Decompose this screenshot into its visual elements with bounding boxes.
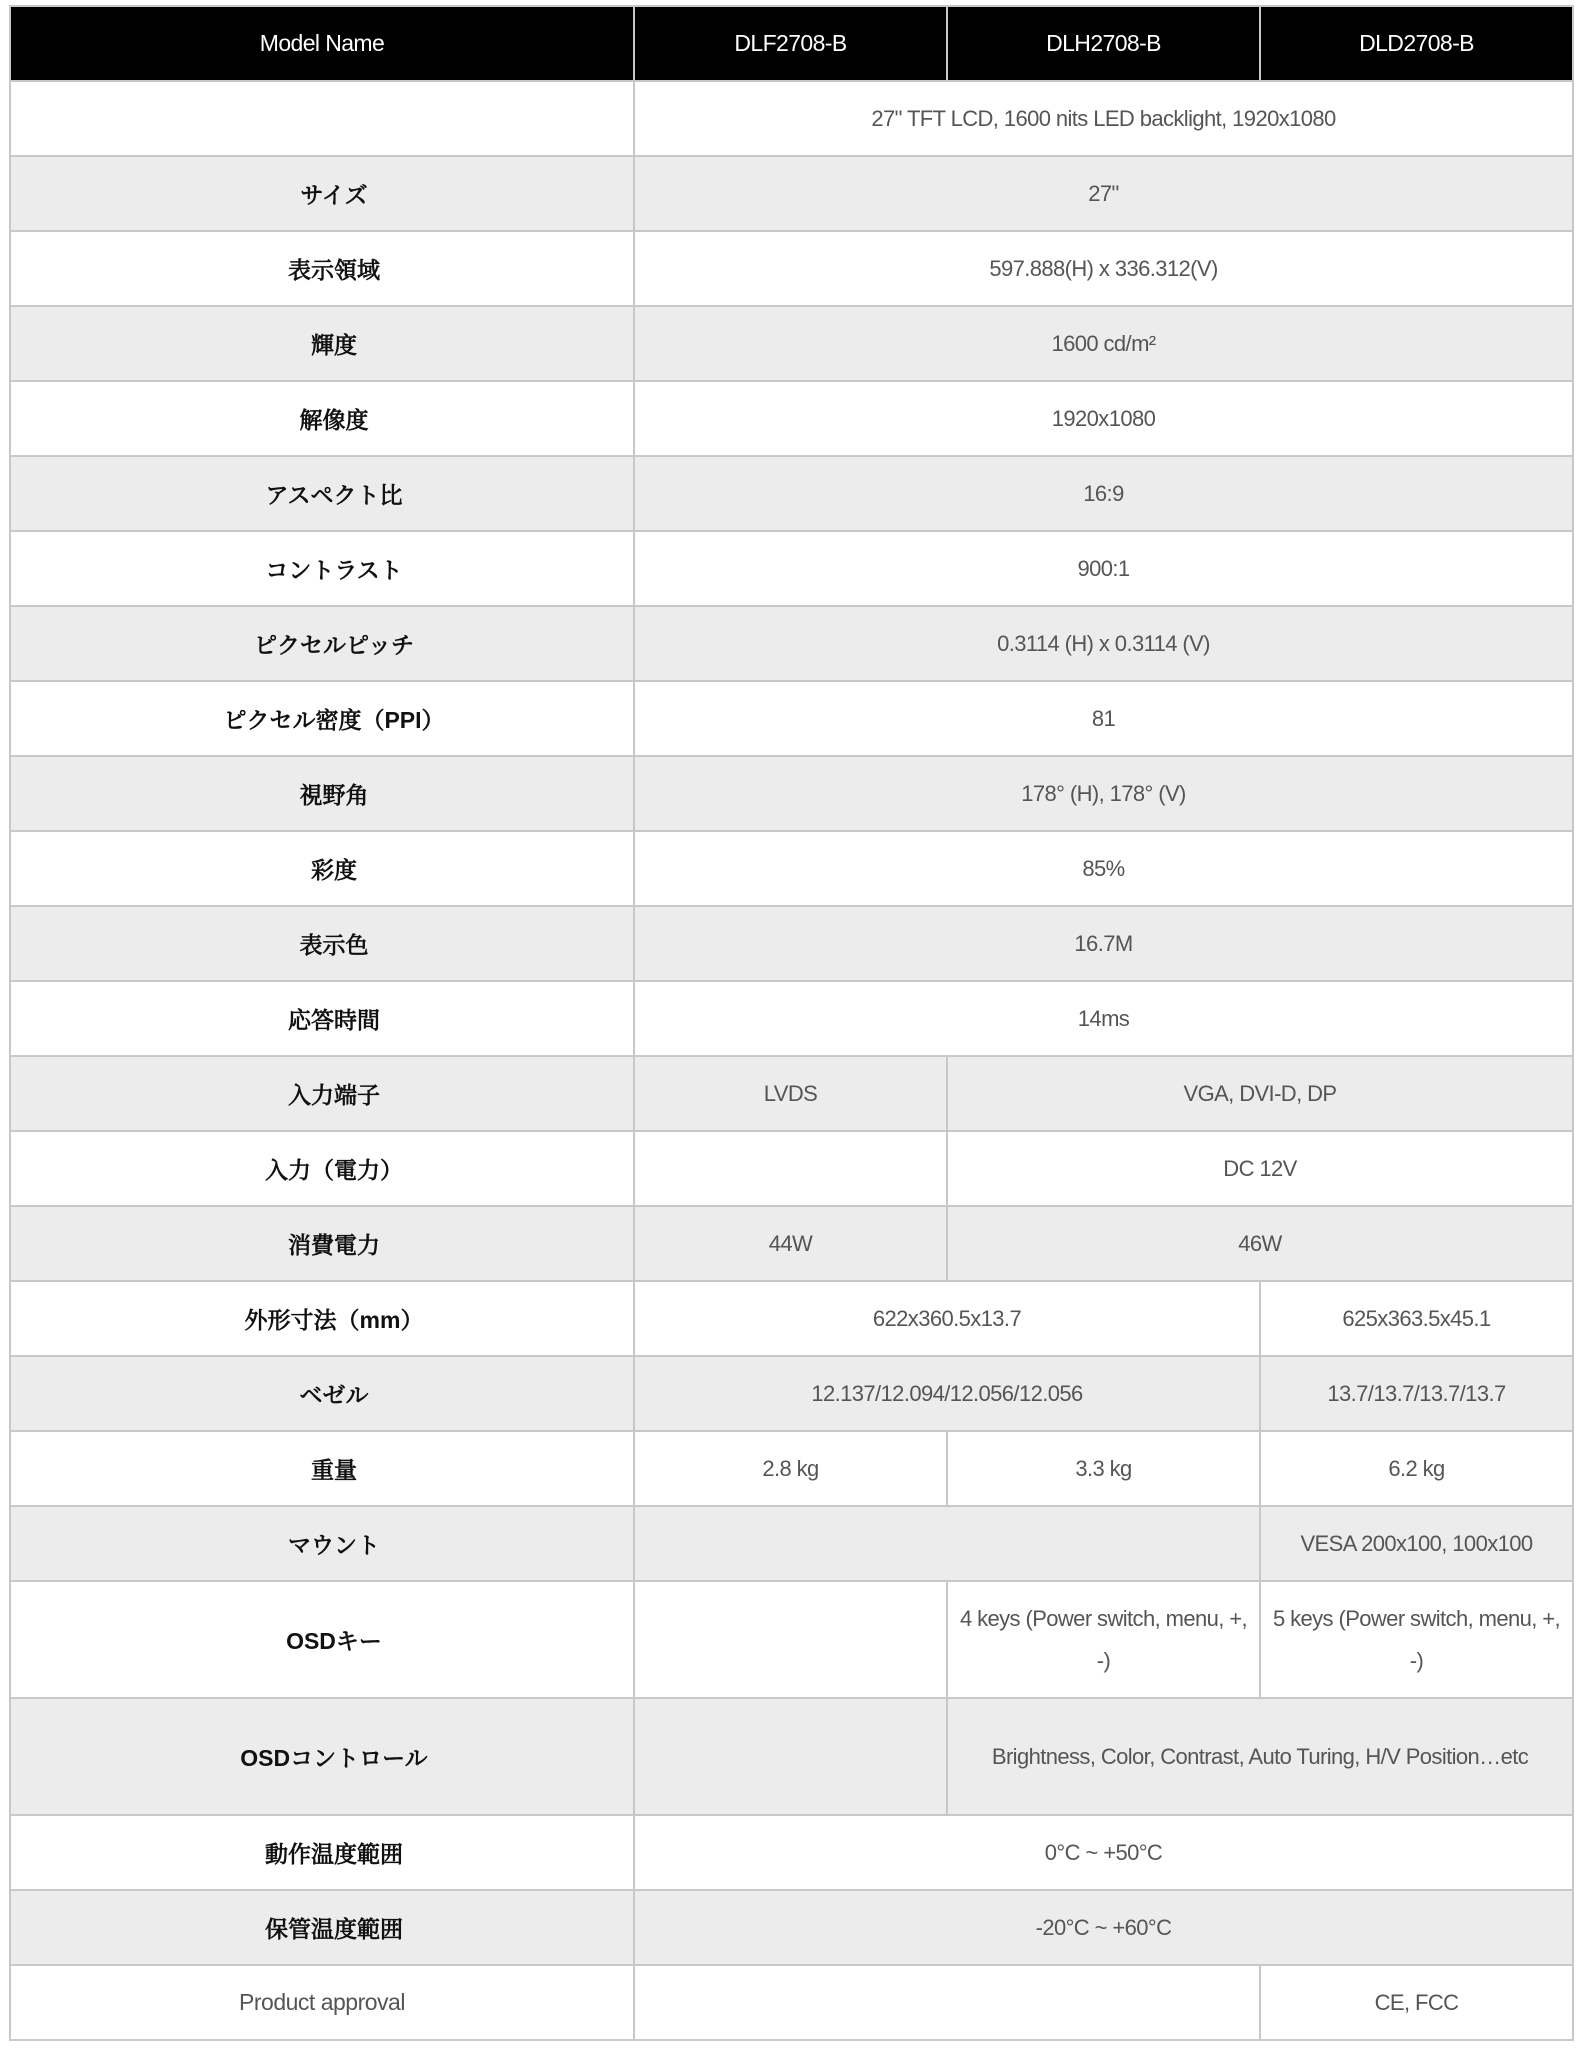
input-ports-dlf: LVDS (634, 1056, 947, 1131)
row-viewing-angle: 視野角 178° (H), 178° (V) (10, 756, 1573, 831)
row-power-input: 入力（電力） DC 12V (10, 1131, 1573, 1206)
osd-keys-dld: 5 keys (Power switch, menu, +, -) (1260, 1581, 1573, 1698)
row-response-time: 応答時間 14ms (10, 981, 1573, 1056)
dimensions-dld: 625x363.5x45.1 (1260, 1281, 1573, 1356)
row-label: サイズ (10, 156, 634, 231)
bezel-dld: 13.7/13.7/13.7/13.7 (1260, 1356, 1573, 1431)
display-colors-value: 16.7M (634, 906, 1573, 981)
description-value: 27" TFT LCD, 1600 nits LED backlight, 19… (634, 81, 1573, 156)
row-label: OSDキー (10, 1581, 634, 1698)
row-label: 応答時間 (10, 981, 634, 1056)
dimensions-dlf-dlh: 622x360.5x13.7 (634, 1281, 1260, 1356)
row-label: アスペクト比 (10, 456, 634, 531)
row-aspect-ratio: アスペクト比 16:9 (10, 456, 1573, 531)
row-weight: 重量 2.8 kg 3.3 kg 6.2 kg (10, 1431, 1573, 1506)
row-description: 27" TFT LCD, 1600 nits LED backlight, 19… (10, 81, 1573, 156)
row-color-gamut: 彩度 85% (10, 831, 1573, 906)
row-label: ピクセルピッチ (10, 606, 634, 681)
pixel-pitch-value: 0.3114 (H) x 0.3114 (V) (634, 606, 1573, 681)
row-brightness: 輝度 1600 cd/m² (10, 306, 1573, 381)
header-model-dlh2708b: DLH2708-B (947, 6, 1260, 81)
row-label: ピクセル密度（PPI） (10, 681, 634, 756)
row-label: 彩度 (10, 831, 634, 906)
header-model-dlf2708b: DLF2708-B (634, 6, 947, 81)
bezel-dlf-dlh: 12.137/12.094/12.056/12.056 (634, 1356, 1260, 1431)
row-label: 入力（電力） (10, 1131, 634, 1206)
response-time-value: 14ms (634, 981, 1573, 1056)
row-label: 表示色 (10, 906, 634, 981)
row-input-ports: 入力端子 LVDS VGA, DVI-D, DP (10, 1056, 1573, 1131)
row-contrast: コントラスト 900:1 (10, 531, 1573, 606)
row-display-colors: 表示色 16.7M (10, 906, 1573, 981)
row-label: 動作温度範囲 (10, 1815, 634, 1890)
aspect-ratio-value: 16:9 (634, 456, 1573, 531)
row-mount: マウント VESA 200x100, 100x100 (10, 1506, 1573, 1581)
power-input-dlh-dld: DC 12V (947, 1131, 1573, 1206)
spec-table: Model Name DLF2708-B DLH2708-B DLD2708-B… (9, 5, 1574, 2041)
row-label: 重量 (10, 1431, 634, 1506)
row-display-area: 表示領域 597.888(H) x 336.312(V) (10, 231, 1573, 306)
osd-keys-dlh: 4 keys (Power switch, menu, +, -) (947, 1581, 1260, 1698)
row-osd-keys: OSDキー 4 keys (Power switch, menu, +, -) … (10, 1581, 1573, 1698)
header-model-name: Model Name (10, 6, 634, 81)
row-label: マウント (10, 1506, 634, 1581)
row-ppi: ピクセル密度（PPI） 81 (10, 681, 1573, 756)
power-input-dlf (634, 1131, 947, 1206)
row-label: Product approval (10, 1965, 634, 2040)
weight-dlh: 3.3 kg (947, 1431, 1260, 1506)
row-label: ベゼル (10, 1356, 634, 1431)
resolution-value: 1920x1080 (634, 381, 1573, 456)
row-label: 視野角 (10, 756, 634, 831)
osd-control-dlh-dld: Brightness, Color, Contrast, Auto Turing… (947, 1698, 1573, 1815)
row-label: 保管温度範囲 (10, 1890, 634, 1965)
row-storage-temp: 保管温度範囲 -20°C ~ +60°C (10, 1890, 1573, 1965)
weight-dlf: 2.8 kg (634, 1431, 947, 1506)
product-approval-dld: CE, FCC (1260, 1965, 1573, 2040)
row-bezel: ベゼル 12.137/12.094/12.056/12.056 13.7/13.… (10, 1356, 1573, 1431)
mount-dld: VESA 200x100, 100x100 (1260, 1506, 1573, 1581)
color-gamut-value: 85% (634, 831, 1573, 906)
row-dimensions: 外形寸法（mm） 622x360.5x13.7 625x363.5x45.1 (10, 1281, 1573, 1356)
row-label: コントラスト (10, 531, 634, 606)
row-product-approval: Product approval CE, FCC (10, 1965, 1573, 2040)
ppi-value: 81 (634, 681, 1573, 756)
row-operating-temp: 動作温度範囲 0°C ~ +50°C (10, 1815, 1573, 1890)
product-approval-dlf-dlh (634, 1965, 1260, 2040)
mount-dlf-dlh (634, 1506, 1260, 1581)
power-consumption-dlf: 44W (634, 1206, 947, 1281)
size-value: 27" (634, 156, 1573, 231)
storage-temp-value: -20°C ~ +60°C (634, 1890, 1573, 1965)
row-label: 輝度 (10, 306, 634, 381)
viewing-angle-value: 178° (H), 178° (V) (634, 756, 1573, 831)
row-label: 表示領域 (10, 231, 634, 306)
power-consumption-dlh-dld: 46W (947, 1206, 1573, 1281)
row-label (10, 81, 634, 156)
row-label: 消費電力 (10, 1206, 634, 1281)
operating-temp-value: 0°C ~ +50°C (634, 1815, 1573, 1890)
row-label: 入力端子 (10, 1056, 634, 1131)
osd-control-dlf (634, 1698, 947, 1815)
row-label: 外形寸法（mm） (10, 1281, 634, 1356)
contrast-value: 900:1 (634, 531, 1573, 606)
row-osd-control: OSDコントロール Brightness, Color, Contrast, A… (10, 1698, 1573, 1815)
row-pixel-pitch: ピクセルピッチ 0.3114 (H) x 0.3114 (V) (10, 606, 1573, 681)
weight-dld: 6.2 kg (1260, 1431, 1573, 1506)
header-row: Model Name DLF2708-B DLH2708-B DLD2708-B (10, 6, 1573, 81)
row-label: 解像度 (10, 381, 634, 456)
osd-keys-dlf (634, 1581, 947, 1698)
row-resolution: 解像度 1920x1080 (10, 381, 1573, 456)
input-ports-dlh-dld: VGA, DVI-D, DP (947, 1056, 1573, 1131)
display-area-value: 597.888(H) x 336.312(V) (634, 231, 1573, 306)
row-label: OSDコントロール (10, 1698, 634, 1815)
row-power-consumption: 消費電力 44W 46W (10, 1206, 1573, 1281)
row-size: サイズ 27" (10, 156, 1573, 231)
brightness-value: 1600 cd/m² (634, 306, 1573, 381)
header-model-dld2708b: DLD2708-B (1260, 6, 1573, 81)
